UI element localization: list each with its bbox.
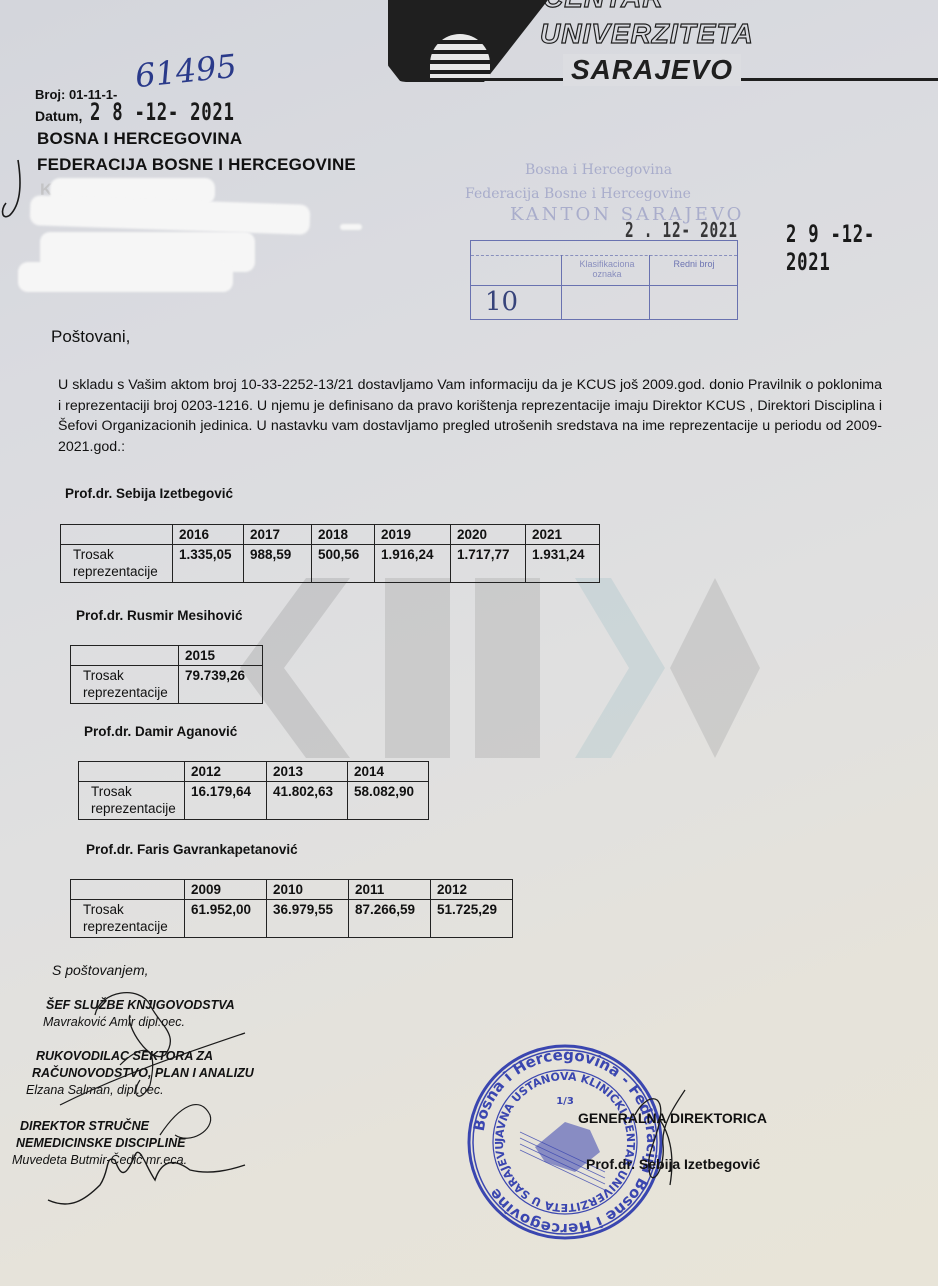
letterhead-line3: SARAJEVO (563, 54, 741, 86)
year-cell: 2013 (267, 762, 348, 782)
recipient-federation: FEDERACIJA BOSNE I HERCEGOVINE (37, 155, 356, 175)
value-cell: 1.717,77 (451, 545, 526, 583)
stamp-line1: Bosna i Hercegovina (525, 162, 672, 178)
value-cell: 79.739,26 (179, 666, 263, 704)
margin-mark-icon (0, 155, 30, 225)
stamp-date-printed: 2 . 12- 2021 (625, 218, 738, 242)
year-cell: 2020 (451, 525, 526, 545)
director-signature-icon (615, 1085, 695, 1195)
document-number-handwritten: 61495 (133, 47, 238, 95)
value-cell: 61.952,00 (185, 900, 267, 938)
stamp-register-box: Klasifikaciona oznaka Redni broj 10 (470, 240, 738, 320)
year-cell: 2015 (179, 646, 263, 666)
watermark-logo (240, 578, 760, 758)
value-cell: 500,56 (312, 545, 375, 583)
year-cell: 2010 (267, 880, 349, 900)
value-cell: 988,59 (244, 545, 312, 583)
letterhead-line1: CENTAR (543, 0, 664, 14)
value-cell: 51.725,29 (431, 900, 513, 938)
person-name-2: Prof.dr. Rusmir Mesihović (76, 608, 243, 623)
year-cell: 2019 (375, 525, 451, 545)
value-cell: 1.931,24 (526, 545, 600, 583)
redaction-mark (340, 224, 362, 230)
year-cell: 2016 (173, 525, 244, 545)
row-label: Trosakreprezentacije (71, 900, 185, 938)
stamp-col-number: Redni broj (653, 259, 735, 269)
year-cell: 2012 (431, 880, 513, 900)
closing: S poštovanjem, (52, 962, 149, 978)
person-name-4: Prof.dr. Faris Gavrankapetanović (86, 842, 298, 857)
handwritten-signatures-icon (0, 985, 300, 1215)
person-name-3: Prof.dr. Damir Aganović (84, 724, 237, 739)
date-stamp: 2 8 -12- 2021 (90, 98, 235, 126)
body-paragraph: U skladu s Vašim aktom broj 10-33-2252-1… (58, 375, 882, 457)
stamp-col-classification: Klasifikaciona oznaka (567, 259, 647, 279)
value-cell: 36.979,55 (267, 900, 349, 938)
stamp-handwritten-number: 10 (485, 287, 518, 317)
cost-table-4: 2009 2010 2011 2012 Trosakreprezentacije… (70, 879, 513, 938)
cost-table-2: 2015 Trosakreprezentacije 79.739,26 (70, 645, 263, 704)
year-cell: 2018 (312, 525, 375, 545)
value-cell: 58.082,90 (348, 782, 429, 820)
salutation: Poštovani, (51, 327, 130, 347)
value-cell: 87.266,59 (349, 900, 431, 938)
letterhead-line2: UNIVERZITETA (540, 18, 754, 50)
letterhead-logo: CENTAR UNIVERZITETA SARAJEVO (388, 0, 938, 90)
year-cell: 2014 (348, 762, 429, 782)
received-date-stamp: 2 9 -12- 2021 (786, 220, 895, 276)
date-label: Datum, (35, 108, 82, 124)
svg-text:1/3: 1/3 (556, 1096, 574, 1107)
value-cell: 1.916,24 (375, 545, 451, 583)
year-cell: 2017 (244, 525, 312, 545)
row-label: Trosakreprezentacije (61, 545, 173, 583)
recipient-country: BOSNA I HERCEGOVINA (37, 129, 242, 149)
stamp-line2: Federacija Bosne i Hercegovine (465, 186, 691, 202)
year-cell: 2012 (185, 762, 267, 782)
cost-table-1: 2016 2017 2018 2019 2020 2021 Trosakrepr… (60, 524, 600, 583)
value-cell: 41.802,63 (267, 782, 348, 820)
redaction-mark (18, 262, 233, 292)
received-stamp: Bosna i Hercegovina Federacija Bosne i H… (470, 160, 830, 325)
row-label: Trosakreprezentacije (79, 782, 185, 820)
value-cell: 16.179,64 (185, 782, 267, 820)
year-cell: 2009 (185, 880, 267, 900)
person-name-1: Prof.dr. Sebija Izetbegović (65, 486, 233, 501)
value-cell: 1.335,05 (173, 545, 244, 583)
redaction-mark (30, 195, 311, 235)
cost-table-3: 2012 2013 2014 Trosakreprezentacije 16.1… (78, 761, 429, 820)
year-cell: 2021 (526, 525, 600, 545)
year-cell: 2011 (349, 880, 431, 900)
row-label: Trosakreprezentacije (71, 666, 179, 704)
